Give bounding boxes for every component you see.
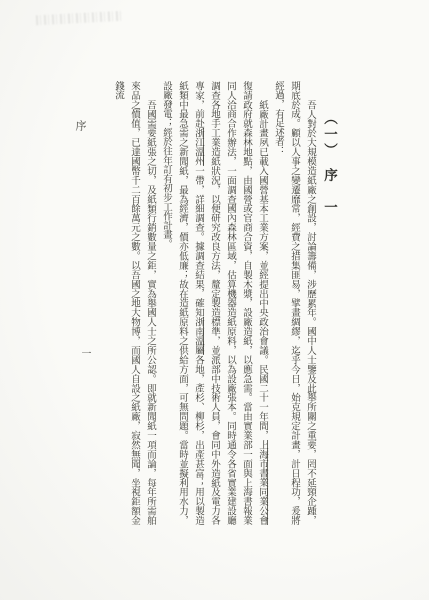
page-number: 一 [77,348,92,358]
paragraph-2: 紙廠計畫夙已載入國營基本工業方案，並經提出中央政治會議。民國二十一年間，上海市書… [158,81,270,525]
section-title: （一） 序 一 [319,111,339,216]
scanned-book-page: 序 一 （一） 序 一 吾人對於大規模造紙廠之創設，討論籌備，涉歷累年。國中人士… [0,0,429,600]
paragraph-3: 吾國需要紙張之切，及紙類行銷數量之鉅，實為舉國人士之所公認。即就新聞紙一項而論，… [110,81,158,525]
watermark [36,11,124,26]
margin-chapter-label: 序 [72,120,88,133]
body-text: 吾人對於大規模造紙廠之創設，討論籌備，涉歷累年。國中人士鑒及此舉所關之重要，罔不… [110,81,318,525]
paragraph-1: 吾人對於大規模造紙廠之創設，討論籌備，涉歷累年。國中人士鑒及此舉所關之重要，罔不… [270,81,318,525]
